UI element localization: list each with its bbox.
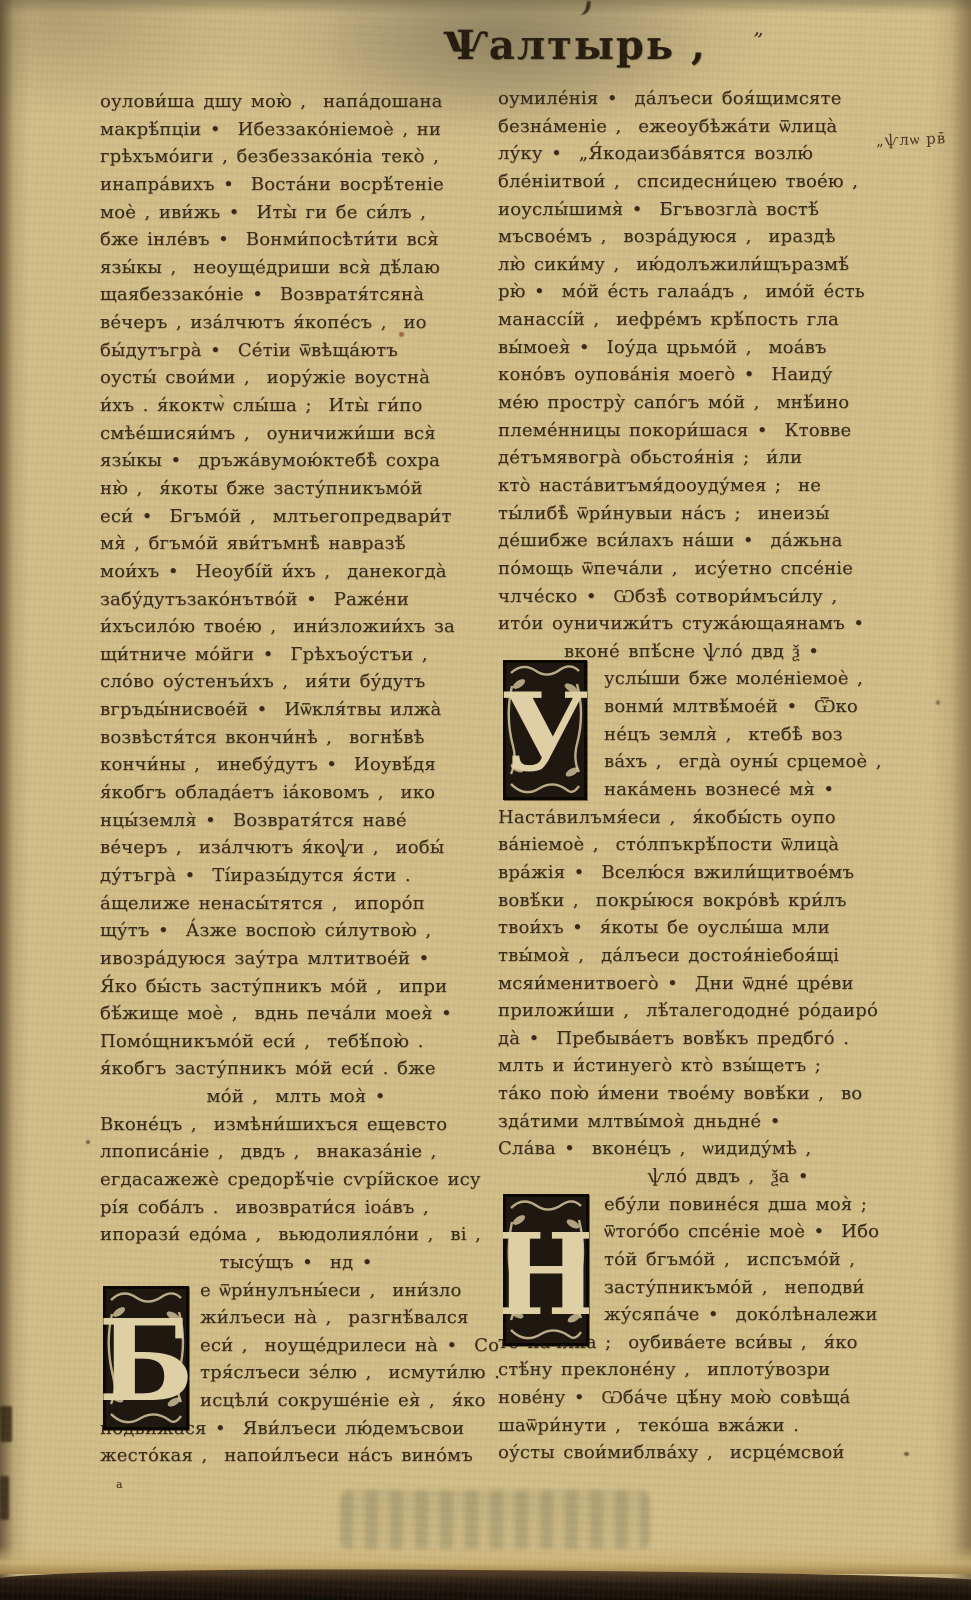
text-line: бле́ніитвои́ , спсидесни́цею твое́ю , <box>498 168 918 196</box>
text-line: шаѿри́нути , теко́ша вжа́жи . <box>498 1412 918 1440</box>
text-line: еси́ • Бгъмо́й , млтьегопредвари́т <box>100 503 492 531</box>
text-line: вгръды́нисвое́й • Иѿкля́твы илжа̀ <box>100 696 492 724</box>
text-line: ду́тъгра̀ • Ті́иразы́дутся я́сти . <box>100 862 492 890</box>
initial-letter-b: Б <box>103 1296 189 1427</box>
text-line: мя̀ , бгъмо́й яви́тъмнѣ̀ навразѣ́ <box>100 530 492 558</box>
text-line: та́ко пою̀ и́мени твое́му вовѣ́ки , во <box>498 1080 918 1108</box>
text-line: нцы́земля̀ • Возвратя́тся наве́ <box>100 807 492 835</box>
ornate-initial-U: У <box>503 660 587 800</box>
text-line: щу́тъ • А́зже воспою̀ си́лутвою̀ , <box>100 917 492 945</box>
ink-speck <box>936 700 940 705</box>
text-line: макрѣ́пціи • Ибеззако́ніемоѐ , ни <box>100 116 492 144</box>
text-line: язы́кы • дръжа́вумою́ктебѣ̀ сохра <box>100 447 492 475</box>
text-line: ве́черъ , иза́лчютъ я́коѱи , иобы́ <box>100 834 492 862</box>
text-line: ва́ніемоѐ , сто́лпъкрѣ́пости ѿлица̀ <box>498 831 918 859</box>
binding-mark <box>0 1406 12 1442</box>
text-line: мо́й , млть моя̀ • <box>100 1083 492 1111</box>
text-line: Вконе́цъ , измѣни́шихъся ещевсто <box>100 1111 492 1139</box>
text-line: вы́моея̀ • Іоу́да црьмо́й , моа́въ <box>498 334 918 362</box>
text-line: мсяи́менитвоего̀ • Дни ѿдне́ цре́ви <box>498 970 918 998</box>
text-line: нове́ну • Ѡба́че цѣ́ну мою̀ совѣща́ <box>498 1384 918 1412</box>
text-line: мои́хъ • Неоубі́й и́хъ , данекогда̀ <box>100 558 492 586</box>
text-line: ипорази́ едо́ма , вьюдолияло́ни , ві , <box>100 1221 492 1249</box>
text-line: щаябеззако́ніе • Возвратя́тсяна̀ <box>100 281 492 309</box>
text-line: бѣ́жище моѐ , вднь печа́ли моея̀ • <box>100 1000 492 1028</box>
text-line: жесто́кая , напои́лъеси на́съ вино́мъ <box>100 1442 492 1470</box>
text-line: рі́я соба́лъ . ивозврати́ся іоа́въ , <box>100 1194 492 1222</box>
ornate-initial-B: Б <box>103 1286 189 1430</box>
text-line: и́хъ . я́коктѡ̀ слы́ша ; Иты̀ ги́по <box>100 392 492 420</box>
text-line: твои́хъ • я́коты бе оуслы́ша мли <box>498 914 918 942</box>
running-head-title: Ѱалтырь , <box>415 22 735 69</box>
text-line: грѣхъмо́иги , безбеззако́ніа теко̀ , <box>100 143 492 171</box>
binding-mark <box>0 1476 9 1520</box>
text-line: зда́тими млтвы́моя̀ дньдне́ • <box>498 1108 918 1136</box>
text-line: вра́жія • Вселю́ся вжили́щитвое́мъ <box>498 859 918 887</box>
text-line: оумиле́нія • да́лъеси боя́щимсяте <box>498 85 918 113</box>
text-line: коно́въ оупова́нія моего̀ • Наиду́ <box>498 361 918 389</box>
text-line: ито́и оуничижи́тъ стужа́ющаянамъ • <box>498 610 918 638</box>
stamp-bleedthrough <box>340 1490 650 1550</box>
page-edge-top <box>0 0 971 14</box>
text-line: возвѣстя́тся вкончи́нѣ , вогнѣ́вѣ <box>100 724 492 752</box>
initial-letter-u: У <box>503 670 587 796</box>
text-line: да̀ • Пребыва́етъ вовѣ́къ предбго́ . <box>498 1025 918 1053</box>
text-line: а́щелиже ненасы́тятся , ипоро́п <box>100 890 492 918</box>
footnote-anchor-mark: а <box>116 1478 123 1491</box>
text-line: рю̀ • мо́й е́сть галаа́дъ , имо́й е́сть <box>498 278 918 306</box>
text-line: забу́дутъзако́нътво́й • Раже́ни <box>100 586 492 614</box>
text-line: бже інле́въ • Вонми́посѣти́ти вся̀ <box>100 226 492 254</box>
left-text-column: оулови́ша дшу мою̀ , напа́дошанамакрѣ́пц… <box>100 88 492 1470</box>
text-line: Помо́щникъмо́й еси́ , тебѣ́пою̀ . <box>100 1028 492 1056</box>
text-line: сло́во оу́стенъи́хъ , ия́ти бу́дутъ <box>100 668 492 696</box>
text-line: лу́ку • „Я́кодаизба́вятся возлю́ <box>498 140 918 168</box>
book-page-scan: Ѱалтырь , ” „ѱлѡ рв̄ оулови́ша дшу мою̀ … <box>0 0 971 1600</box>
text-line: ты́либѣ̀ ѿри́нувыи на́съ ; инеизы́ <box>498 500 918 528</box>
page-edge-left <box>0 0 14 1600</box>
text-line: лпописа́ніе , двдъ , внаказа́ніе , <box>100 1138 492 1166</box>
text-line: оу́сты свои́миблва́ху , исрце́мсвои́ <box>498 1439 918 1467</box>
text-line: млть и и́стинуего̀ кто̀ взы́щетъ ; <box>498 1052 918 1080</box>
text-line: егдасажежѐ средорѣ́чіе сѵрі́йское ису <box>100 1166 492 1194</box>
text-line: иоуслы́шимя̀ • Бгъвозгла̀ востѣ́ <box>498 196 918 224</box>
text-line: по́мощь ѿпеча́ли , ису́етно спсе́ніе <box>498 555 918 583</box>
text-line: я́кобгъ облада́етъ іа́ковомъ , ико <box>100 779 492 807</box>
text-line: щи́тниче мо́йги • Грѣхъоу́стъи , <box>100 641 492 669</box>
ink-speck <box>86 1140 90 1144</box>
text-line: члче́ско • Ѡбзѣ̀ сотвори́мъси́лу , <box>498 583 918 611</box>
text-line: стѣ́ну преклоне́ну , иплоту́возри <box>498 1356 918 1384</box>
text-line: Я́ко бы́сть засту́пникъ мо́й , ипри <box>100 973 492 1001</box>
text-line: я́кобгъ засту́пникъ мо́й еси́ . бже <box>100 1055 492 1083</box>
text-line: лю̀ сики́му , ию́долъжили́щъразмѣ́ <box>498 251 918 279</box>
text-line: кончи́ны , инебу́дутъ • Иоувѣ́дя <box>100 751 492 779</box>
text-line: язы́кы , неоуще́дриши вся̀ дѣ́лаю <box>100 254 492 282</box>
text-line: и́хъсило́ю твое́ю , ини́зложии́хъ за <box>100 613 492 641</box>
text-line: смѣе́шисяи́мъ , оуничижи́ши вся̀ <box>100 420 492 448</box>
text-line: тысу́щъ • нд • <box>100 1249 492 1277</box>
text-line: манассі́й , иефре́мъ крѣ́пость гла <box>498 306 918 334</box>
text-line: кто̀ наста́витъмя́дооуду́мея ; не <box>498 472 918 500</box>
text-line: приложи́ши , лѣ́талегододне́ ро́даиро́ <box>498 997 918 1025</box>
text-line: де́шибже вси́лахъ на́ши • да́жьна <box>498 527 918 555</box>
text-line: ѱло́ двдъ , ѯа • <box>498 1163 918 1191</box>
text-line: вовѣ́ки , покры́юся вокро́вѣ кри́лъ <box>498 887 918 915</box>
text-line: Сла́ва • вконе́цъ , ѡидиду́мѣ , <box>498 1135 918 1163</box>
ink-mark-header: ” <box>750 27 765 53</box>
text-line: ню̀ , я́коты бже засту́пникъмо́й <box>100 475 492 503</box>
text-line: моѐ , иви́жь • Иты̀ ги бе си́лъ , <box>100 199 492 227</box>
text-line: безна́меніе , ежеоубѣжа́ти ѿлица̀ <box>498 113 918 141</box>
text-line: твы́моя̀ , да́лъеси достоя́ніебоя́щі <box>498 942 918 970</box>
page-edge-right <box>951 0 971 1600</box>
text-line: де́тъмявогра̀ обьстоя́нія ; и́ли <box>498 444 918 472</box>
text-line: ме́ю простру̀ сапо́гъ мо́й , мнѣ́ино <box>498 389 918 417</box>
text-line: мъсвое́мъ , возра́дуюся , ираздѣ <box>498 223 918 251</box>
text-line: Наста́вилъмя́еси , я́кобы́сть оупо <box>498 804 918 832</box>
text-line: ивозра́дуюся зау́тра млтитвое́й • <box>100 945 492 973</box>
text-line: инапра́вихъ • Воста́ни восрѣ́теніе <box>100 171 492 199</box>
text-line: племе́нницы покори́шася • Ктовве <box>498 417 918 445</box>
text-line: оулови́ша дшу мою̀ , напа́дошана <box>100 88 492 116</box>
text-line: бы́дутъгра̀ • Се́тіи ѿвѣща́ютъ <box>100 337 492 365</box>
text-line: ве́черъ , иза́лчютъ я́копе́съ , ио <box>100 309 492 337</box>
text-line: оусты́ свои́ми , иору́жіе воустна̀ <box>100 364 492 392</box>
initial-letter-n: Н <box>503 1210 589 1341</box>
ornate-initial-N: Н <box>503 1194 589 1346</box>
